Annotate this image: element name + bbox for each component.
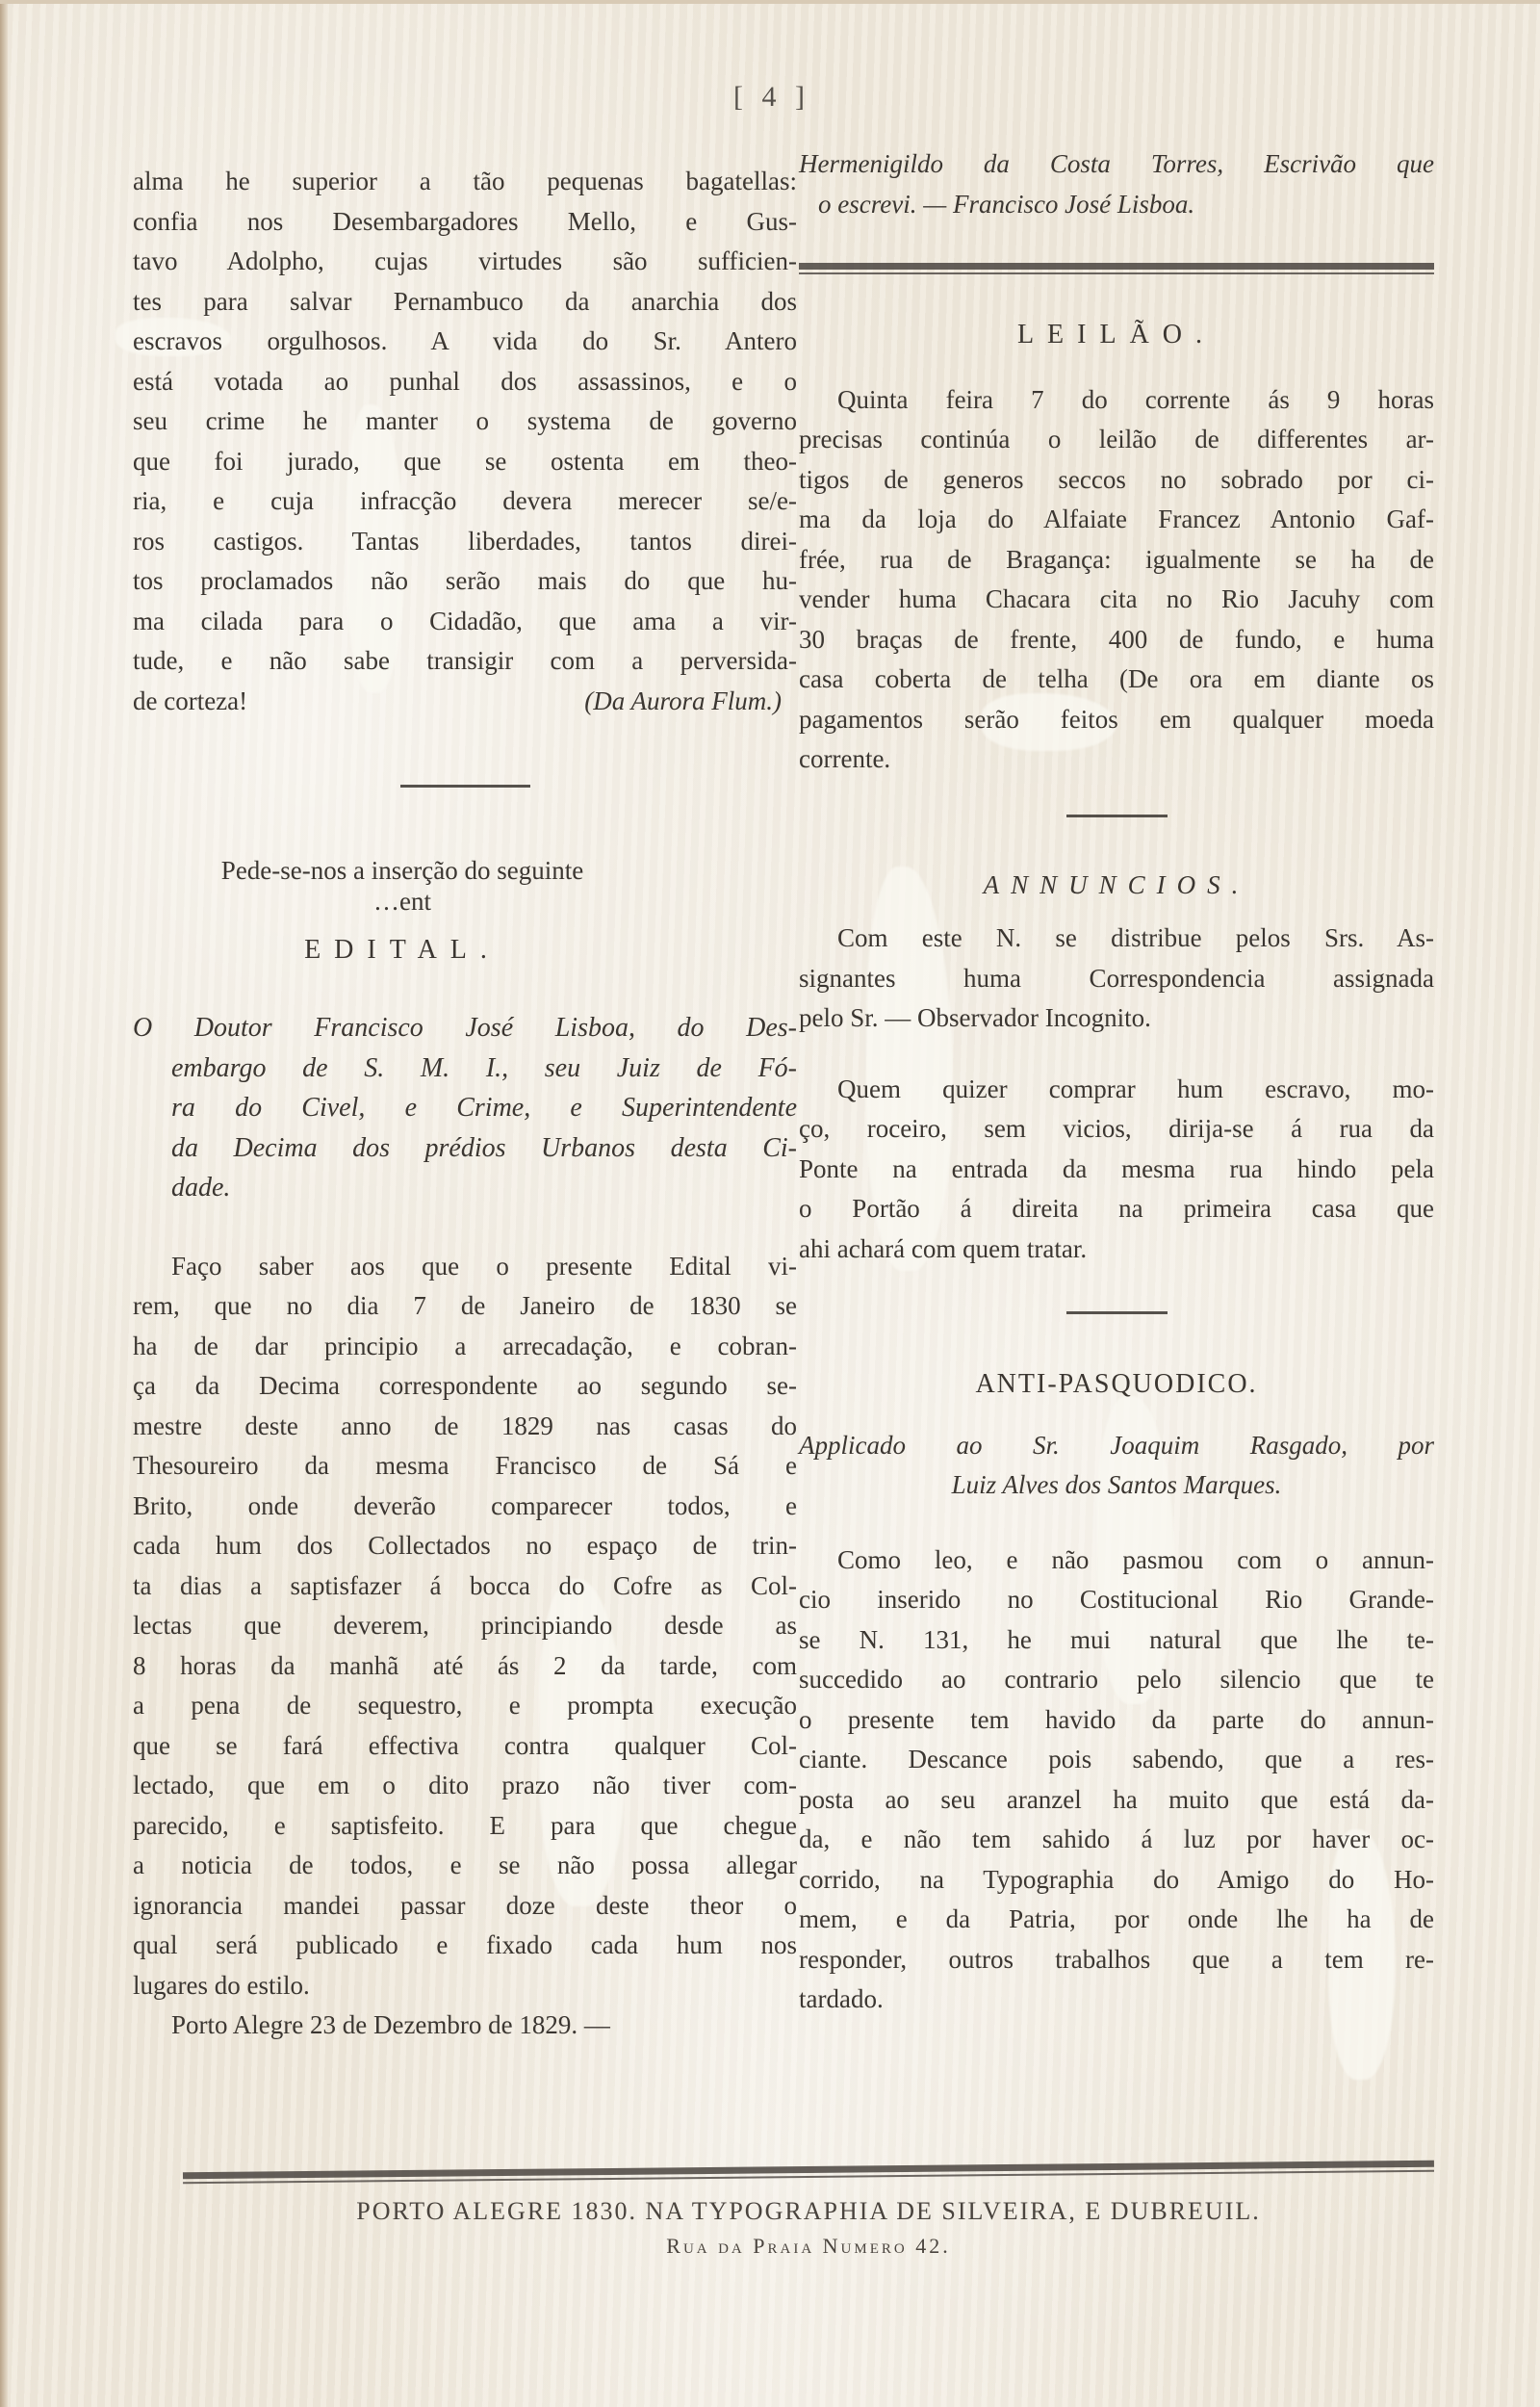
leilao-line: corrente. <box>799 739 1434 780</box>
edital-line: ça da Decima correspondente ao segundo s… <box>133 1366 797 1407</box>
signoff-line: Hermenigildo da Costa Torres, Escrivão q… <box>799 144 1434 185</box>
leilao-line: 30 braças de frente, 400 de fundo, e hum… <box>799 620 1434 660</box>
leilao-heading: LEILÃO. <box>799 315 1434 355</box>
article-line: escravos orgulhosos. A vida do Sr. Anter… <box>133 322 797 362</box>
edital-line: Faço saber aos que o presente Edital vi- <box>133 1247 797 1287</box>
anuncio-line: Quem quizer comprar hum escravo, mo- <box>799 1070 1434 1110</box>
section-divider <box>1066 1311 1168 1314</box>
edital-line: mestre deste anno de 1829 nas casas do <box>133 1407 797 1447</box>
article-continued: alma he superior a tão pequenas bagatell… <box>133 162 797 721</box>
anuncio-1: Com este N. se distribue pelos Srs. As- … <box>799 919 1434 1039</box>
edital-signoff: Hermenigildo da Costa Torres, Escrivão q… <box>799 144 1434 224</box>
page-number: [ 4 ] <box>733 81 810 114</box>
antiperiodico-subtitle: Applicado ao Sr. Joaquim Rasgado, por Lu… <box>799 1426 1434 1506</box>
article-last-line: de corteza! <box>133 682 247 722</box>
subtitle-line: Applicado ao Sr. Joaquim Rasgado, por <box>799 1426 1434 1466</box>
anuncio-2: Quem quizer comprar hum escravo, mo- ço,… <box>799 1070 1434 1270</box>
edital-heading: EDITAL. <box>133 930 672 971</box>
section-double-rule <box>799 263 1434 276</box>
edital-line: ignorancia mandei passar doze deste theo… <box>133 1886 797 1927</box>
edital-line: lectas que deverem, principiando desde a… <box>133 1606 797 1646</box>
antiperiodico-line: posta ao seu aranzel ha muito que está d… <box>799 1780 1434 1821</box>
leilao-line: precisas continúa o leilão de differente… <box>799 420 1434 460</box>
leilao-line: Quinta feira 7 do corrente ás 9 horas <box>799 380 1434 421</box>
page-edge <box>0 0 8 2407</box>
article-line: tude, e não sabe transigir com a pervers… <box>133 641 797 682</box>
antiperiodico-line: responder, outros trabalhos que a tem re… <box>799 1940 1434 1980</box>
article-line: tavo Adolpho, cujas virtudes são suffici… <box>133 242 797 282</box>
article-line: está votada ao punhal dos assassinos, e … <box>133 362 797 402</box>
anuncio-line: ahi achará com quem tratar. <box>799 1229 1434 1270</box>
imprint-line-1: PORTO ALEGRE 1830. NA TYPOGRAPHIA DE SIL… <box>183 2197 1434 2226</box>
antiperiodico-heading: ANTI-PASQUODICO. <box>799 1364 1434 1405</box>
edital-line: a pena de sequestro, e prompta execução <box>133 1686 797 1726</box>
antiperiodico-line: da, e não tem sahido á luz por haver oc- <box>799 1820 1434 1860</box>
anuncio-line: Com este N. se distribue pelos Srs. As- <box>799 919 1434 959</box>
article-line: ria, e cuja infracção devera merecer se/… <box>133 481 797 522</box>
article-line: confia nos Desembargadores Mello, e Gus- <box>133 202 797 243</box>
antiperiodico-line: tardado. <box>799 1980 1434 2020</box>
edital-line: ta dias a saptisfazer á bocca do Cofre a… <box>133 1566 797 1607</box>
antiperiodico-line: Como leo, e não pasmou com o annun- <box>799 1540 1434 1581</box>
anuncio-line: ço, roceiro, sem vicios, dirija-se á rua… <box>799 1109 1434 1150</box>
antiperiodico-line: se N. 131, he mui natural que lhe te- <box>799 1620 1434 1661</box>
leilao-line: frée, rua de Bragança: igualmente se ha … <box>799 540 1434 581</box>
anuncio-line: Ponte na entrada da mesma rua hindo pela <box>799 1150 1434 1190</box>
request-line: Pede-se-nos a inserção do seguinte …ent <box>133 851 672 911</box>
edital-line: 8 horas da manhã até ás 2 da tarde, com <box>133 1646 797 1687</box>
page-edge-top <box>0 0 1540 4</box>
anuncio-line: o Portão á direita na primeira casa que <box>799 1189 1434 1229</box>
edital-line: a noticia de todos, e se não possa alleg… <box>133 1846 797 1886</box>
subtitle-line: Luiz Alves dos Santos Marques. <box>799 1465 1434 1506</box>
left-column: alma he superior a tão pequenas bagatell… <box>133 162 797 2046</box>
imprint-footer: PORTO ALEGRE 1830. NA TYPOGRAPHIA DE SIL… <box>183 2166 1434 2259</box>
anuncios-heading: ANNUNCIOS. <box>799 866 1434 906</box>
edital-line: cada hum dos Collectados no espaço de tr… <box>133 1526 797 1566</box>
article-source: (Da Aurora Flum.) <box>584 682 782 722</box>
edital-body: Faço saber aos que o presente Edital vi-… <box>133 1247 797 2046</box>
section-divider <box>400 785 530 788</box>
request-line-2: …ent <box>133 892 672 911</box>
article-line: tos proclamados não serão mais do que hu… <box>133 561 797 602</box>
anuncio-line: signantes huma Correspondencia assignada <box>799 959 1434 999</box>
article-line: ros castigos. Tantas liberdades, tantos … <box>133 522 797 562</box>
anuncio-line: pelo Sr. — Observador Incognito. <box>799 998 1434 1039</box>
antiperiodico-line: mem, e da Patria, por onde lhe ha de <box>799 1900 1434 1940</box>
leilao-line: vender huma Chacara cita no Rio Jacuhy c… <box>799 580 1434 620</box>
leilao-line: ma da loja do Alfaiate Francez Antonio G… <box>799 500 1434 540</box>
antiperiodico-line: corrido, na Typographia do Amigo do Ho- <box>799 1860 1434 1901</box>
edital-title-line: ra do Civel, e Crime, e Superintendente <box>133 1088 797 1128</box>
article-line: tes para salvar Pernambuco da anarchia d… <box>133 282 797 323</box>
edital-title-line: embargo de S. M. I., seu Juiz de Fó- <box>133 1048 797 1089</box>
signoff-line: o escrevi. — Francisco José Lisboa. <box>799 185 1434 225</box>
antiperiodico-line: o presente tem havido da parte do annun- <box>799 1700 1434 1741</box>
antiperiodico-body: Como leo, e não pasmou com o annun- cio … <box>799 1540 1434 2020</box>
leilao-body: Quinta feira 7 do corrente ás 9 horas pr… <box>799 380 1434 780</box>
leilao-line: casa coberta de telha (De ora em diante … <box>799 660 1434 700</box>
edital-line: ha de dar principio a arrecadação, e cob… <box>133 1327 797 1367</box>
antiperiodico-line: ciante. Descance pois sabendo, que a res… <box>799 1740 1434 1780</box>
article-line: que foi jurado, que se ostenta em theo- <box>133 442 797 482</box>
edital-line: lectado, que em o dito prazo não tiver c… <box>133 1766 797 1806</box>
edital-line: lugares do estilo. <box>133 1966 797 2006</box>
article-line: alma he superior a tão pequenas bagatell… <box>133 162 797 202</box>
article-line: seu crime he manter o systema de governo <box>133 401 797 442</box>
edital-date: Porto Alegre 23 de Dezembro de 1829. — <box>133 2006 797 2046</box>
section-divider <box>1066 815 1168 817</box>
edital-title-line: O Doutor Francisco José Lisboa, do Des- <box>133 1008 797 1048</box>
antiperiodico-line: succedido ao contrario pelo silencio que… <box>799 1660 1434 1700</box>
edital-line: que se fará effectiva contra qualquer Co… <box>133 1726 797 1767</box>
edital-title: O Doutor Francisco José Lisboa, do Des- … <box>133 1008 797 1208</box>
right-column: Hermenigildo da Costa Torres, Escrivão q… <box>799 144 1434 2020</box>
edital-line: rem, que no dia 7 de Janeiro de 1830 se <box>133 1286 797 1327</box>
edital-title-line: da Decima dos prédios Urbanos desta Ci- <box>133 1128 797 1169</box>
antiperiodico-line: cio inserido no Costitucional Rio Grande… <box>799 1580 1434 1620</box>
article-line: ma cilada para o Cidadão, que ama a vir- <box>133 602 797 642</box>
edital-line: Thesoureiro da mesma Francisco de Sá e <box>133 1446 797 1487</box>
article-ending: de corteza! (Da Aurora Flum.) <box>133 682 797 722</box>
request-line-1: Pede-se-nos a inserção do seguinte <box>133 851 672 892</box>
edital-line: qual será publicado e fixado cada hum no… <box>133 1926 797 1966</box>
leilao-line: tigos de generos seccos no sobrado por c… <box>799 460 1434 501</box>
edital-line: Brito, onde deverão comparecer todos, e <box>133 1487 797 1527</box>
leilao-line: pagamentos serão feitos em qualquer moed… <box>799 700 1434 740</box>
edital-title-line: dade. <box>133 1168 797 1208</box>
imprint-line-2: Rua da Praia Numero 42. <box>183 2234 1434 2259</box>
edital-line: parecido, e saptisfeito. E para que cheg… <box>133 1806 797 1847</box>
